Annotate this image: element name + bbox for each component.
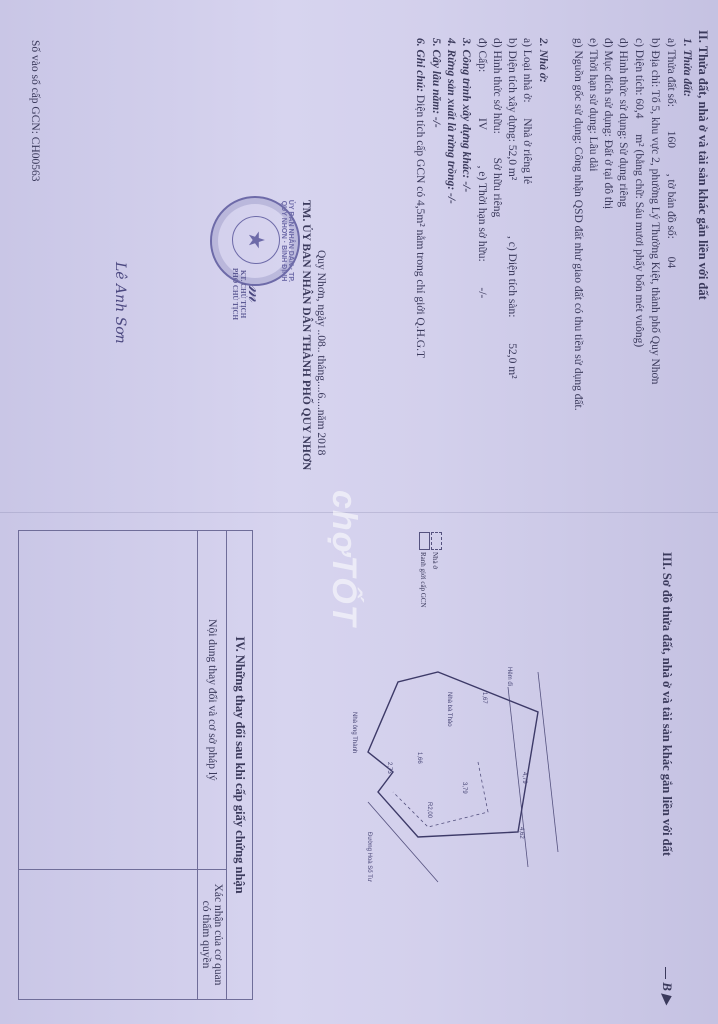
place-date: Quy Nhơn, ngày ..08.. tháng....6....năm …: [314, 250, 328, 455]
build-area-row: b) Diện tích xây dựng: 52,0 m² , c) Diện…: [505, 38, 519, 379]
address-row: b) Địa chỉ: Tổ 5, khu vực 2, phường Lý T…: [648, 38, 662, 384]
registry-number: CH00563: [29, 137, 41, 182]
certificate-sheet: II. Thửa đất, nhà ở và tài sản khác gắn …: [0, 0, 718, 1024]
svg-text:Nhà bà Thảo: Nhà bà Thảo: [446, 692, 452, 727]
north-arrow-icon: B ▶: [660, 967, 674, 1004]
area-row: c) Diện tích: 60,4 m² (bằng chữ: Sáu mươ…: [632, 38, 646, 347]
area-value: 60,4: [633, 98, 645, 118]
note-row: 6. Ghi chú: Diện tích cấp GCN có 4,5m² n…: [413, 38, 427, 358]
svg-text:Nhà ông Thành: Nhà ông Thành: [351, 712, 357, 753]
house-legend-label: Nhà ở: [428, 552, 442, 569]
svg-text:2,73: 2,73: [386, 762, 392, 774]
confirmation-cell: [19, 870, 198, 1000]
changes-table: IV. Những thay đổi sau khi cấp giấy chứn…: [18, 530, 253, 1000]
svg-text:Hẻm đi: Hẻm đi: [506, 667, 512, 686]
other-works: 3. Công trình xây dựng khác: -/-: [459, 38, 473, 192]
boundary-legend-icon: [419, 532, 430, 550]
parcel-diagram: 4,79 4,62 1,67 R2,00 3,79 1,66 2,73 Hẻm …: [348, 652, 568, 892]
house-heading: 2. Nhà ở:: [536, 38, 550, 83]
registry-row: Số vào sổ cấp GCN: CH00563: [28, 40, 42, 182]
col-authority-confirmation: Xác nhận của cơ quan có thẩm quyền: [198, 870, 227, 1000]
parcel-row: a) Thửa đất số: 160 , tờ bản đồ số: 04: [664, 38, 678, 268]
change-content-cell: [19, 531, 198, 870]
rotated-page: II. Thửa đất, nhà ở và tài sản khác gắn …: [0, 0, 718, 1024]
map-number: 04: [665, 257, 677, 269]
svg-text:3,79: 3,79: [461, 782, 467, 794]
official-stamp: ỦY BAN NHÂN DÂN · TP. QUY NHƠN · BÌNH ĐỊ…: [210, 196, 300, 286]
signer-position: PHÓ CHỦ TỊCH: [228, 268, 242, 320]
section-4-title: IV. Những thay đổi sau khi cấp giấy chứn…: [227, 531, 253, 1000]
section-3-title: III. Sơ đồ thửa đất, nhà ở và tài sản kh…: [660, 552, 674, 856]
svg-text:1,66: 1,66: [416, 752, 422, 764]
house-legend-icon: [431, 532, 442, 550]
signer-name: Lê Anh Sơn: [112, 262, 128, 344]
signature-scribble: 𝓂: [244, 285, 268, 302]
star-emblem-icon: ★: [232, 216, 280, 264]
parcel-number: 160: [665, 131, 677, 148]
issuing-authority: TM. ỦY BAN NHÂN DÂN THÀNH PHỐ QUY NHƠN: [299, 200, 313, 470]
purpose-row: đ) Mục đích sử dụng: Đất ở tại đô thị: [601, 38, 615, 209]
forest: 4. Rừng sản xuất là rừng trồng: -/-: [444, 38, 458, 204]
svg-text:Đường Hoà Số Tư: Đường Hoà Số Tư: [366, 832, 372, 882]
section-2-title: II. Thửa đất, nhà ở và tài sản khác gắn …: [696, 30, 710, 300]
land-heading: 1. Thửa đất:: [680, 38, 694, 97]
perennial-trees: 5. Cây lâu năm: -/-: [429, 38, 443, 128]
grade-row: đ) Cấp: IV , e) Thời hạn sở hữu: -/-: [475, 38, 489, 298]
svg-text:4,79: 4,79: [521, 772, 527, 784]
use-form-row: d) Hình thức sử dụng: Sử dụng riêng: [616, 38, 630, 207]
term-row: e) Thời hạn sử dụng: Lâu dài: [586, 38, 600, 171]
svg-text:1,67: 1,67: [481, 692, 487, 704]
boundary-legend-label: Ranh giới cấp GCN: [416, 552, 430, 608]
section-2: II. Thửa đất, nhà ở và tài sản khác gắn …: [0, 0, 718, 512]
svg-text:R2,00: R2,00: [426, 802, 432, 819]
address-value: Tổ 5, khu vực 2, phường Lý Thường Kiệt, …: [649, 90, 661, 385]
svg-text:4,62: 4,62: [518, 827, 524, 839]
chotot-watermark: chợTỐT: [324, 490, 363, 627]
origin-row: g) Nguồn gốc sử dụng: Công nhận QSD đất …: [571, 38, 585, 411]
col-change-content: Nội dung thay đổi và cơ sở pháp lý: [198, 531, 227, 870]
house-type-row: a) Loại nhà ở: Nhà ở riêng lẻ: [520, 38, 534, 184]
ownership-row: d) Hình thức sở hữu: Sở hữu riêng: [490, 38, 504, 217]
